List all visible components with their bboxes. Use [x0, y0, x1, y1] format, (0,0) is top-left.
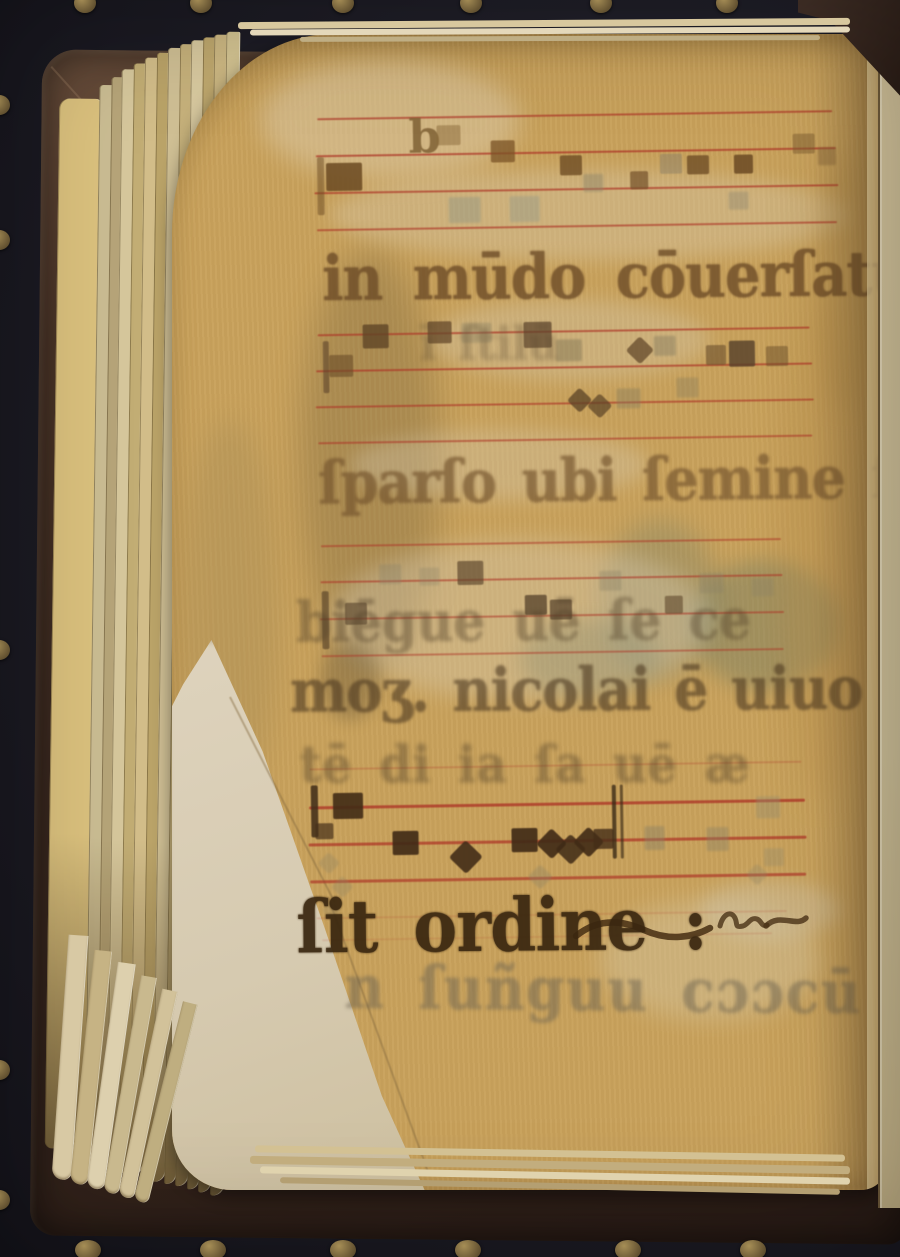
ghost-text-line: n ſuñguu cɔɔcū: [344, 956, 862, 1024]
brass-stud: [455, 1240, 481, 1257]
brass-stud: [74, 0, 96, 13]
manuscript-photograph: b in mūdo cōuerſatusī ſtilūſparſo ubi ſe…: [0, 0, 900, 1257]
chant-text-line: ſparſo ubi ſemine ſui: [318, 445, 887, 514]
brass-stud: [0, 95, 10, 115]
chant-text-line: moʒ. nicolai ē uiuo eli: [290, 657, 887, 723]
gutter-shadow: [813, 34, 871, 1190]
brass-stud: [330, 1240, 356, 1257]
parchment-leaf: b in mūdo cōuerſatusī ſtilūſparſo ubi ſe…: [172, 34, 887, 1190]
brass-stud: [0, 1060, 10, 1080]
next-page-edge: [878, 58, 900, 1208]
brass-stud: [0, 640, 10, 660]
brass-stud: [190, 0, 212, 13]
chant-text-line: in mūdo cōuerſatus: [322, 242, 887, 312]
ghost-text-line: biēgue uē ſe ce: [296, 591, 751, 652]
ghost-text-line: ī ſtilū: [420, 320, 559, 369]
brass-stud: [75, 1240, 101, 1257]
brass-stud: [460, 0, 482, 13]
ghost-text-line: tē di ia ſa uē æ: [300, 738, 751, 791]
brass-stud: [615, 1240, 641, 1257]
brass-stud: [590, 0, 612, 13]
brass-stud: [0, 230, 10, 250]
brass-stud: [332, 0, 354, 13]
chant-text-layer: in mūdo cōuerſatusī ſtilūſparſo ubi ſemi…: [172, 34, 887, 1190]
brass-stud: [740, 1240, 766, 1257]
brass-stud: [0, 1190, 10, 1210]
brass-stud: [716, 0, 738, 13]
brass-stud: [200, 1240, 226, 1257]
